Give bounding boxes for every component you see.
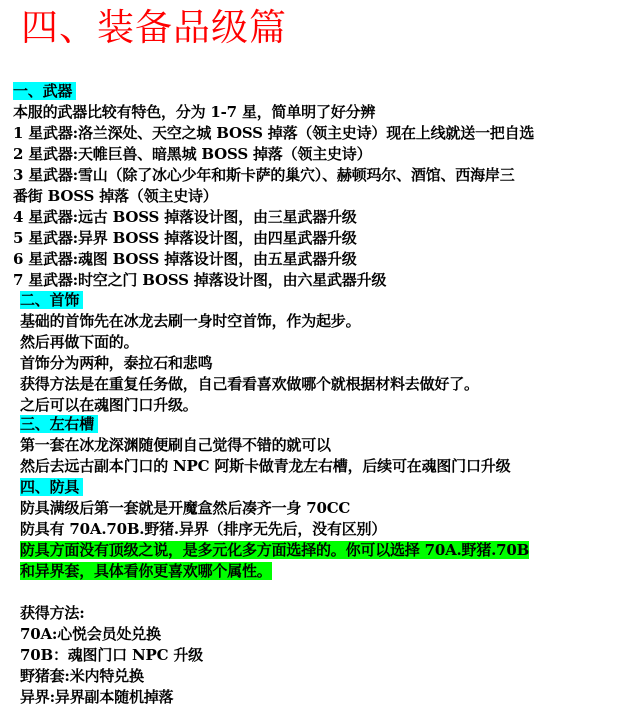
weapons-line: 番街 BOSS 掉落（领主史诗）	[13, 186, 218, 207]
weapons-line: 5 星武器:异界 BOSS 掉落设计图，由四星武器升级	[13, 228, 357, 249]
weapons-line: 1 星武器:洛兰深处、天空之城 BOSS 掉落（领主史诗）现在上线就送一把自选	[13, 123, 534, 144]
armor-highlight-line: 防具方面没有顶级之说，是多元化多方面选择的。你可以选择 70A.野猪.70B	[20, 540, 529, 561]
weapons-line: 3 星武器:雪山（除了冰心少年和斯卡萨的巢穴）、赫顿玛尔、酒馆、西海岸三	[13, 165, 515, 186]
acquisition-item: 70A:心悦会员处兑换	[20, 624, 161, 645]
weapons-line: 6 星武器:魂图 BOSS 掉落设计图，由五星武器升级	[13, 249, 357, 270]
section-armor: 四、防具	[20, 477, 83, 498]
acquisition-item: 野猪套:米内特兑换	[20, 666, 144, 687]
section-slots: 三、左右槽	[20, 414, 98, 435]
weapons-line: 2 星武器:天帷巨兽、暗黑城 BOSS 掉落（领主史诗）	[13, 144, 371, 165]
slots-line: 然后去远古副本门口的 NPC 阿斯卡做青龙左右槽，后续可在魂图门口升级	[20, 456, 510, 477]
weapons-line: 4 星武器:远古 BOSS 掉落设计图，由三星武器升级	[13, 207, 357, 228]
armor-line: 防具有 70A.70B.野猪.异界（排序无先后，没有区别）	[20, 519, 386, 540]
highlighted-text: 防具方面没有顶级之说，是多元化多方面选择的。你可以选择 70A.野猪.70B	[20, 541, 529, 559]
section-accessories: 二、首饰	[20, 290, 83, 311]
highlighted-text: 和异界套，具体看你更喜欢哪个属性。	[20, 562, 272, 580]
section-header-armor: 四、防具	[20, 478, 83, 496]
section-header-slots: 三、左右槽	[20, 415, 98, 433]
section-header-accessories: 二、首饰	[20, 291, 83, 309]
accessories-line: 然后再做下面的。	[20, 332, 138, 353]
acquisition-item: 异界:异界副本随机掉落	[20, 687, 173, 708]
slots-line: 第一套在冰龙深渊随便刷自己觉得不错的就可以	[20, 435, 331, 456]
weapons-line: 本服的武器比较有特色，分为 1-7 星，简单明了好分辨	[13, 102, 375, 123]
accessories-line: 基础的首饰先在冰龙去刷一身时空首饰，作为起步。	[20, 311, 360, 332]
section-weapons: 一、武器	[13, 81, 76, 102]
armor-line: 防具满级后第一套就是开魔盒然后凑齐一身 70CC	[20, 498, 350, 519]
page-title: 四、装备品级篇	[21, 6, 287, 50]
accessories-line: 之后可以在魂图门口升级。	[20, 395, 198, 416]
accessories-line: 获得方法是在重复任务做，自己看看喜欢做哪个就根据材料去做好了。	[20, 374, 479, 395]
acquisition-label: 获得方法:	[20, 603, 85, 624]
accessories-line: 首饰分为两种，泰拉石和悲鸣	[20, 353, 212, 374]
armor-highlight-line: 和异界套，具体看你更喜欢哪个属性。	[20, 561, 272, 582]
section-header-weapons: 一、武器	[13, 82, 76, 100]
weapons-line: 7 星武器:时空之门 BOSS 掉落设计图，由六星武器升级	[13, 270, 386, 291]
acquisition-item: 70B：魂图门口 NPC 升级	[20, 645, 203, 666]
